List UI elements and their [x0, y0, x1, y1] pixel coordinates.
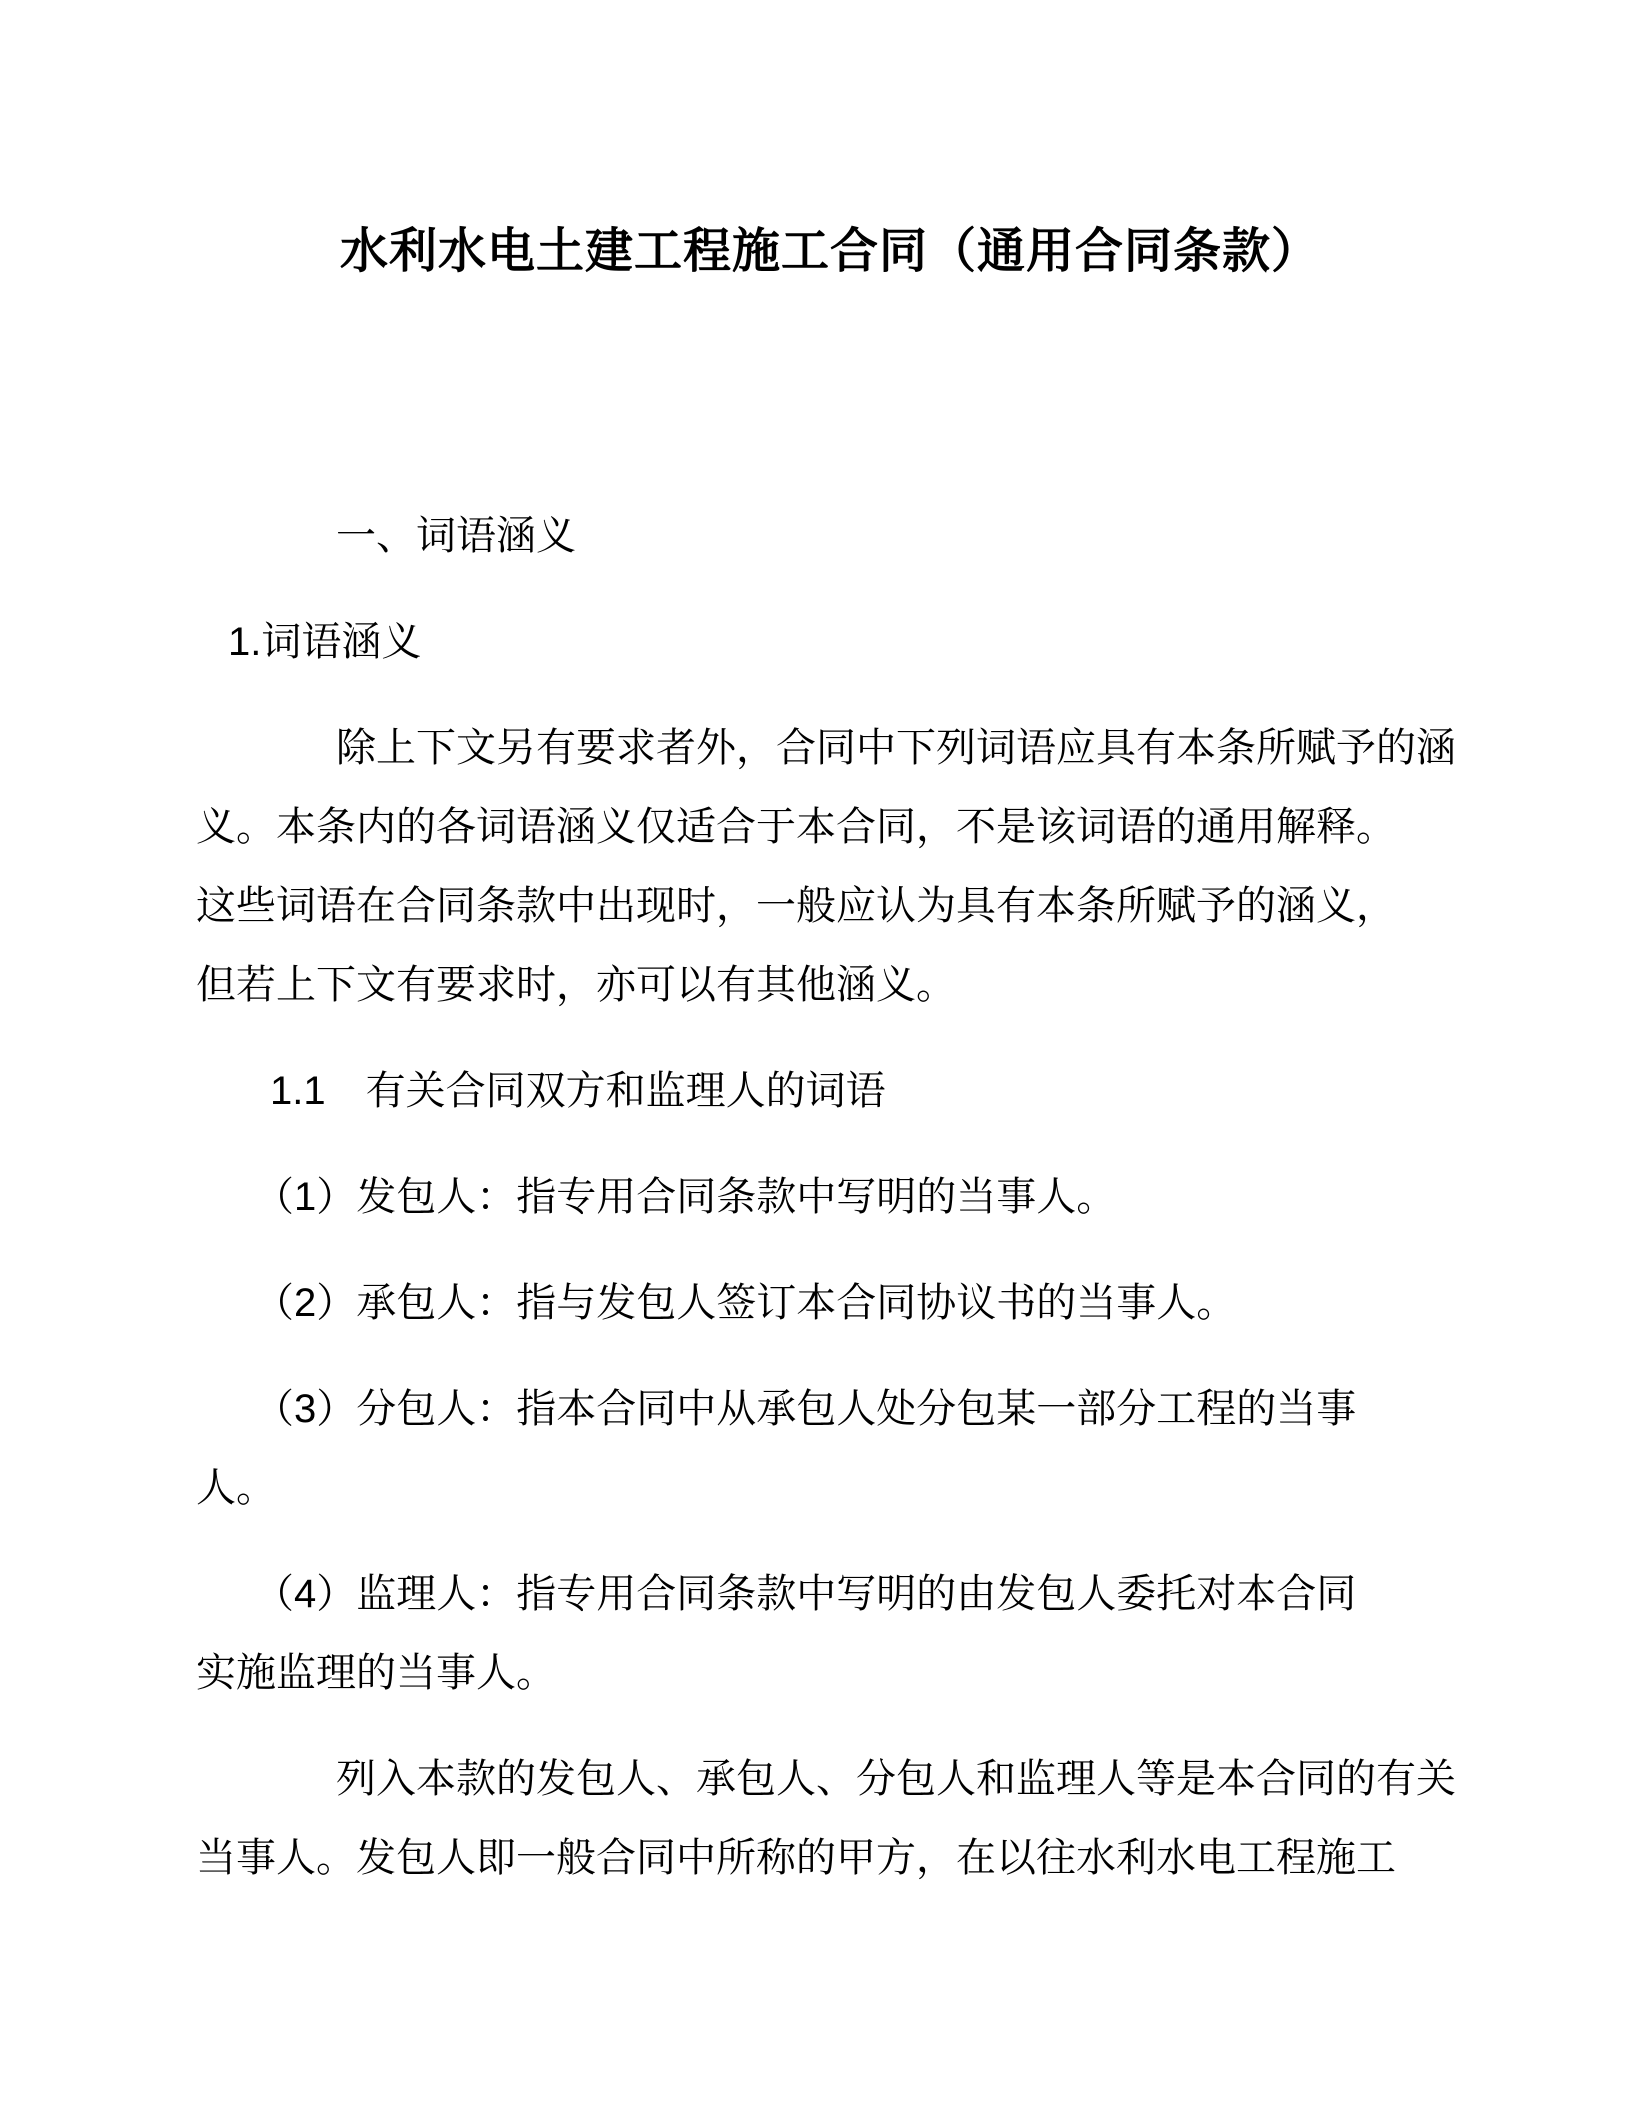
definition-item-supervisor: （4）监理人：指专用合同条款中写明的由发包人委托对本合同 实施监理的当事人。 — [196, 1555, 1464, 1713]
definition-item-contractor: （2）承包人：指与发包人签订本合同协议书的当事人。 — [196, 1264, 1464, 1343]
closing-paragraph: 列入本款的发包人、承包人、分包人和监理人等是本合同的有关 当事人。发包人即一般合… — [196, 1740, 1464, 1898]
clause-heading: 1.词语涵义 — [196, 603, 1464, 682]
definition-item-subcontractor: （3）分包人：指本合同中从承包人处分包某一部分工程的当事 人。 — [196, 1370, 1464, 1528]
section-heading: 一、词语涵义 — [196, 497, 1464, 576]
intro-paragraph: 除上下文另有要求者外，合同中下列词语应具有本条所赋予的涵 义。本条内的各词语涵义… — [196, 709, 1464, 1025]
definition-item-employer: （1）发包人：指专用合同条款中写明的当事人。 — [196, 1158, 1464, 1237]
document-page: 水利水电土建工程施工合同（通用合同条款） 一、词语涵义 1.词语涵义 除上下文另… — [0, 0, 1632, 2112]
document-title: 水利水电土建工程施工合同（通用合同条款） — [196, 210, 1464, 294]
subclause-heading: 1.1 有关合同双方和监理人的词语 — [196, 1052, 1464, 1131]
